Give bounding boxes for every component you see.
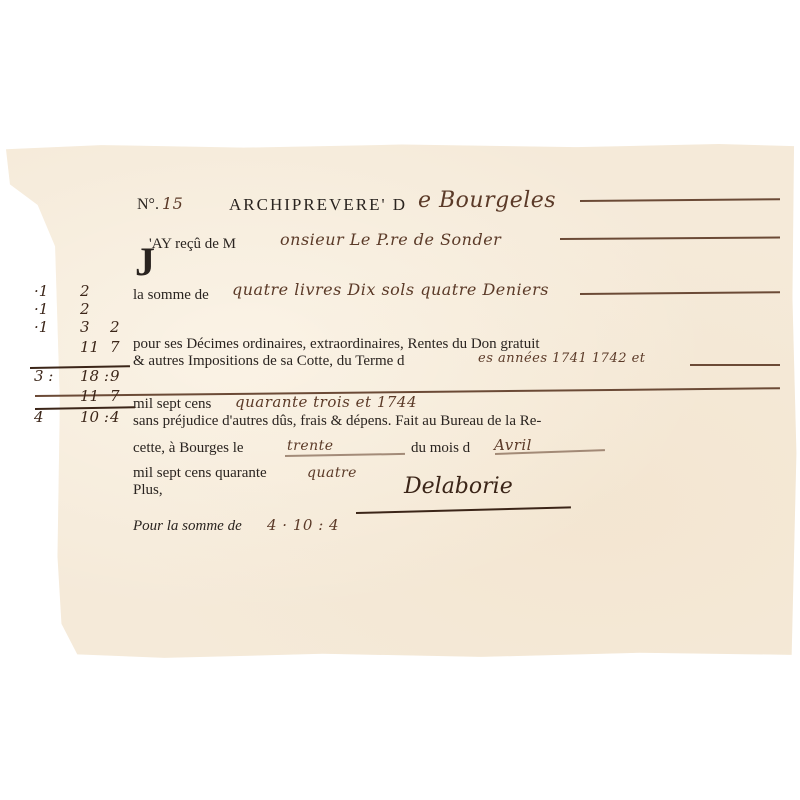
tally-value: 9 — [110, 367, 120, 385]
number-label: N°. — [137, 196, 159, 214]
tally-value: 2 — [80, 300, 90, 318]
sum-label: la somme de — [133, 287, 209, 304]
tally-value: 2 — [110, 318, 120, 336]
term-years: es années 1741 1742 et — [478, 351, 646, 366]
body-line-6: mil sept cens quarante — [133, 465, 267, 482]
year-handwritten: quatre — [307, 465, 357, 481]
term-year-words: quarante trois et 1744 — [235, 393, 417, 411]
tally-value: 2 — [80, 282, 90, 300]
archiprêtré-name: e Bourgeles — [418, 188, 556, 213]
tally-value: 10 : — [80, 408, 109, 426]
tally-value: 4 — [34, 408, 44, 426]
document-title: ARCHIPREVERE' D — [229, 195, 407, 215]
fill-line — [690, 364, 780, 366]
total-amount: 4 · 10 : 4 — [267, 516, 339, 534]
tally-value: 3 : — [34, 367, 53, 385]
body-line-5b: du mois d — [411, 440, 470, 457]
day-handwritten: trente — [287, 438, 334, 454]
body-line-7: Plus, — [133, 482, 163, 499]
tally-value: 7 — [110, 387, 120, 405]
tally-value: ·1 — [34, 300, 48, 318]
tally-value: ·1 — [34, 318, 48, 336]
body-line-3: mil sept cens — [133, 396, 211, 413]
payer-name: onsieur Le P.re de Sonder — [280, 230, 501, 249]
sum-in-words: quatre livres Dix sols quatre Deniers — [232, 280, 549, 299]
body-line-5a: cette, à Bourges le — [133, 440, 244, 457]
tally-value: ·1 — [34, 282, 48, 300]
body-line-2: & autres Impositions de sa Cotte, du Ter… — [133, 353, 405, 370]
number-value: 15 — [162, 194, 183, 213]
tally-value: 7 — [110, 338, 120, 356]
tally-value: 11 — [80, 338, 99, 356]
tally-value: 3 — [80, 318, 90, 336]
signature: Delaborie — [404, 474, 513, 499]
tally-value: 11 — [80, 387, 99, 405]
total-label: Pour la somme de — [133, 518, 242, 535]
tally-value: 18 : — [80, 367, 109, 385]
body-line-4: sans préjudice d'autres dûs, frais & dép… — [133, 413, 541, 430]
received-label: 'AY reçû de M — [149, 236, 236, 253]
tally-value: 4 — [110, 408, 120, 426]
